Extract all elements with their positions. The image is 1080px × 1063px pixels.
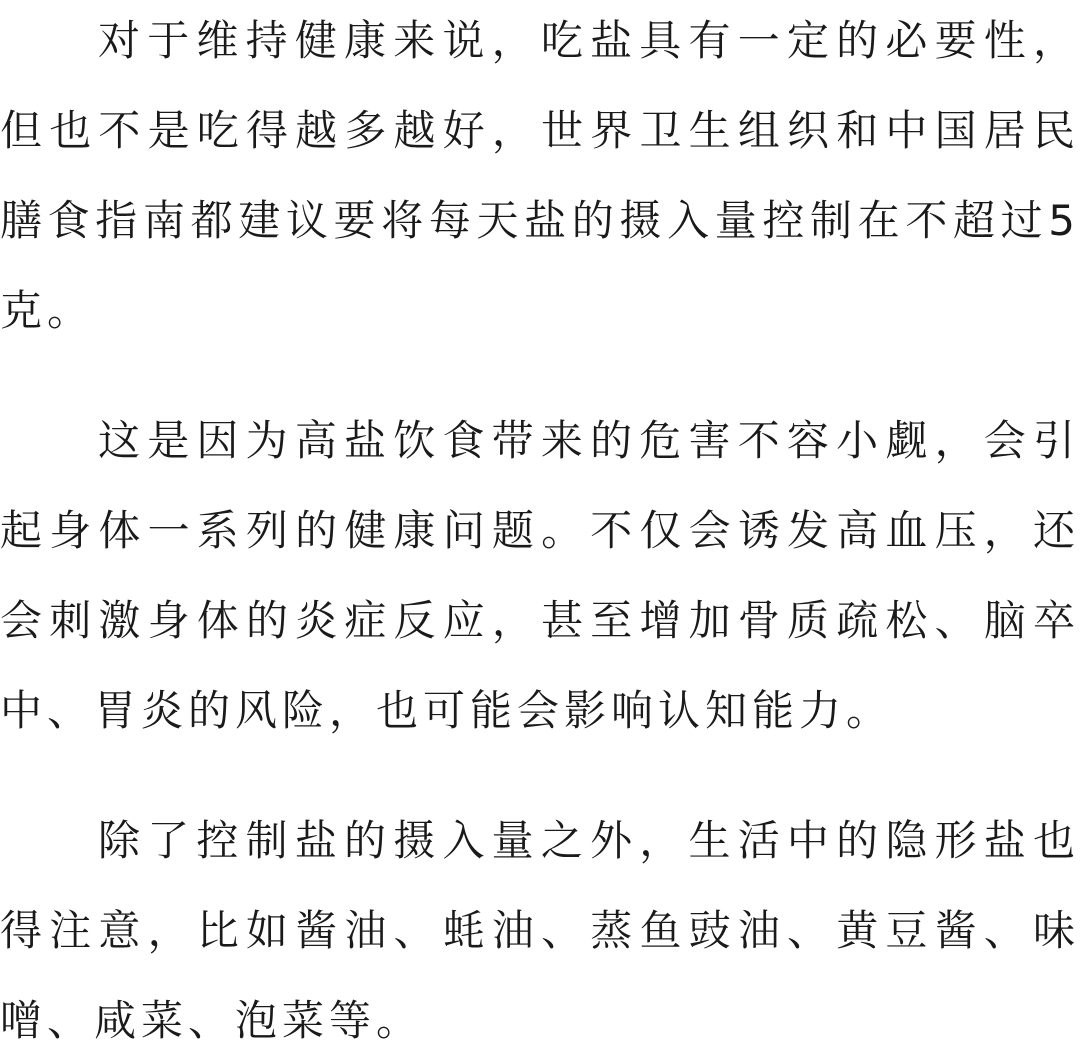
paragraph-high-salt-harms: 这是因为高盐饮食带来的危害不容小觑，会引起身体一系列的健康问题。不仅会诱发高血压… [0,396,1080,756]
paragraph-hidden-salt-sources: 除了控制盐的摄入量之外，生活中的隐形盐也得注意，比如酱油、蚝油、蒸鱼豉油、黄豆酱… [0,796,1080,1063]
paragraph-salt-necessity: 对于维持健康来说，吃盐具有一定的必要性，但也不是吃得越多越好，世界卫生组织和中国… [0,0,1080,356]
article-body: 对于维持健康来说，吃盐具有一定的必要性，但也不是吃得越多越好，世界卫生组织和中国… [0,0,1080,1063]
